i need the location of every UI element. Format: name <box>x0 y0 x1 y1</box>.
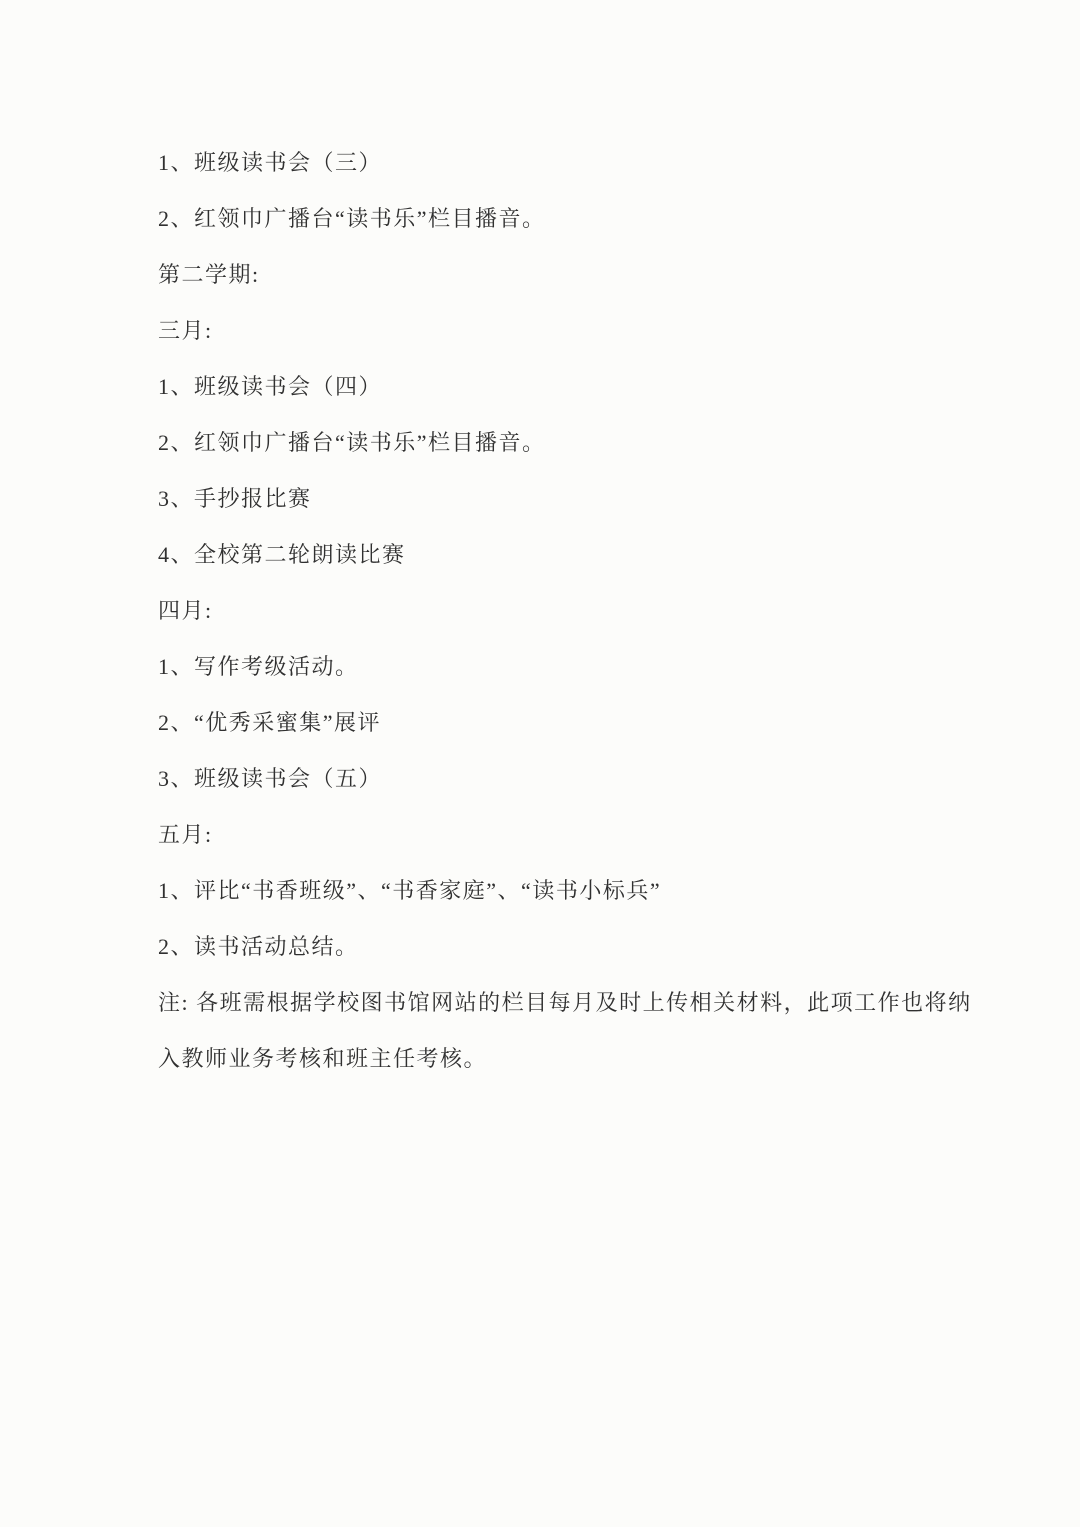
doc-line-semester-heading: 第二学期: <box>158 247 948 303</box>
doc-line: 2、红领巾广播台“读书乐”栏目播音。 <box>158 191 948 247</box>
doc-line-note-continued: 入教师业务考核和班主任考核。 <box>158 1031 948 1087</box>
document-body: 1、班级读书会（三） 2、红领巾广播台“读书乐”栏目播音。 第二学期: 三月: … <box>158 135 948 1087</box>
doc-line: 1、写作考级活动。 <box>158 639 948 695</box>
doc-line-note: 注: 各班需根据学校图书馆网站的栏目每月及时上传相关材料，此项工作也将纳 <box>158 975 948 1031</box>
doc-line: 3、班级读书会（五） <box>158 751 948 807</box>
doc-line: 3、手抄报比赛 <box>158 471 948 527</box>
doc-line: 2、读书活动总结。 <box>158 919 948 975</box>
doc-line: 1、评比“书香班级”、“书香家庭”、“读书小标兵” <box>158 863 948 919</box>
doc-line-month-heading: 四月: <box>158 583 948 639</box>
doc-line-month-heading: 五月: <box>158 807 948 863</box>
doc-line-month-heading: 三月: <box>158 303 948 359</box>
document-page: 1、班级读书会（三） 2、红领巾广播台“读书乐”栏目播音。 第二学期: 三月: … <box>0 0 1080 1527</box>
doc-line: 1、班级读书会（四） <box>158 359 948 415</box>
doc-line: 1、班级读书会（三） <box>158 135 948 191</box>
doc-line: 2、“优秀采蜜集”展评 <box>158 695 948 751</box>
doc-line: 4、全校第二轮朗读比赛 <box>158 527 948 583</box>
doc-line: 2、红领巾广播台“读书乐”栏目播音。 <box>158 415 948 471</box>
